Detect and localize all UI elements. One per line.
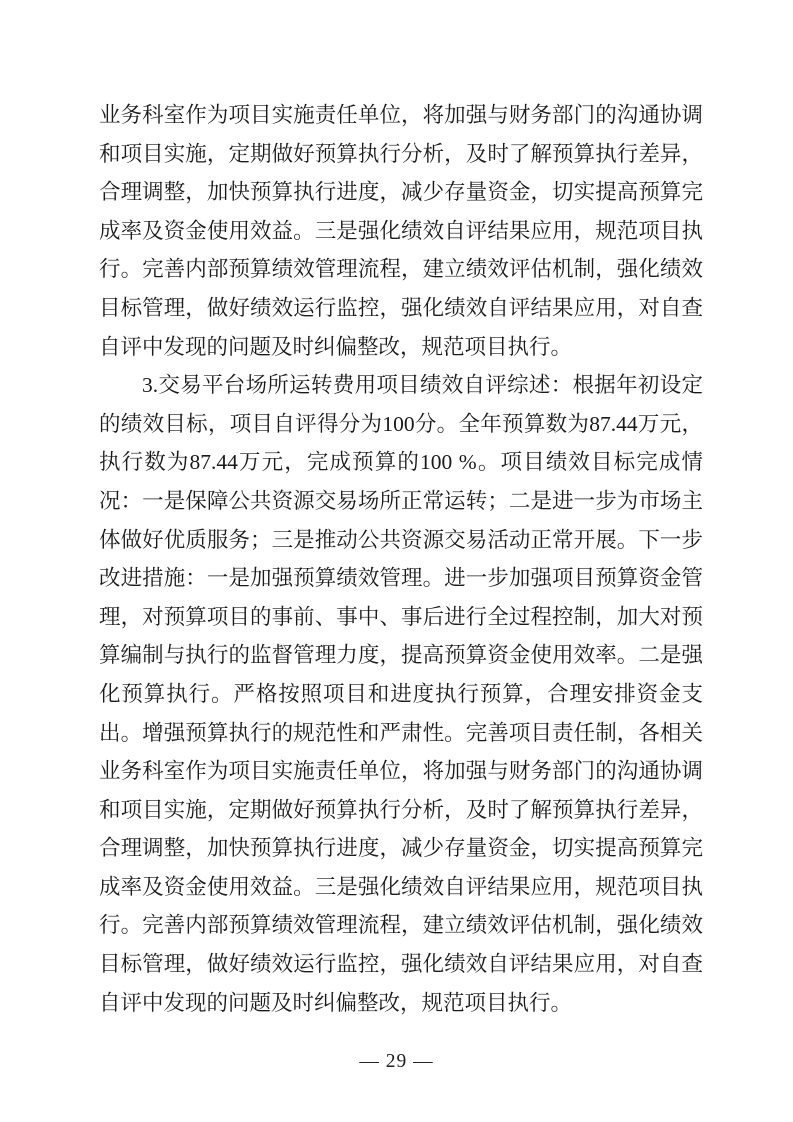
document-page: 业务科室作为项目实施责任单位，将加强与财务部门的沟通协调和项目实施，定期做好预算… <box>0 0 793 1122</box>
paragraph-continuation: 业务科室作为项目实施责任单位，将加强与财务部门的沟通协调和项目实施，定期做好预算… <box>99 96 703 366</box>
body-text: 业务科室作为项目实施责任单位，将加强与财务部门的沟通协调和项目实施，定期做好预算… <box>99 96 703 1022</box>
paragraph-item-3-self-evaluation: 3.交易平台场所运转费用项目绩效自评综述：根据年初设定的绩效目标，项目自评得分为… <box>99 366 703 1022</box>
page-number: — 29 — <box>0 1049 793 1075</box>
